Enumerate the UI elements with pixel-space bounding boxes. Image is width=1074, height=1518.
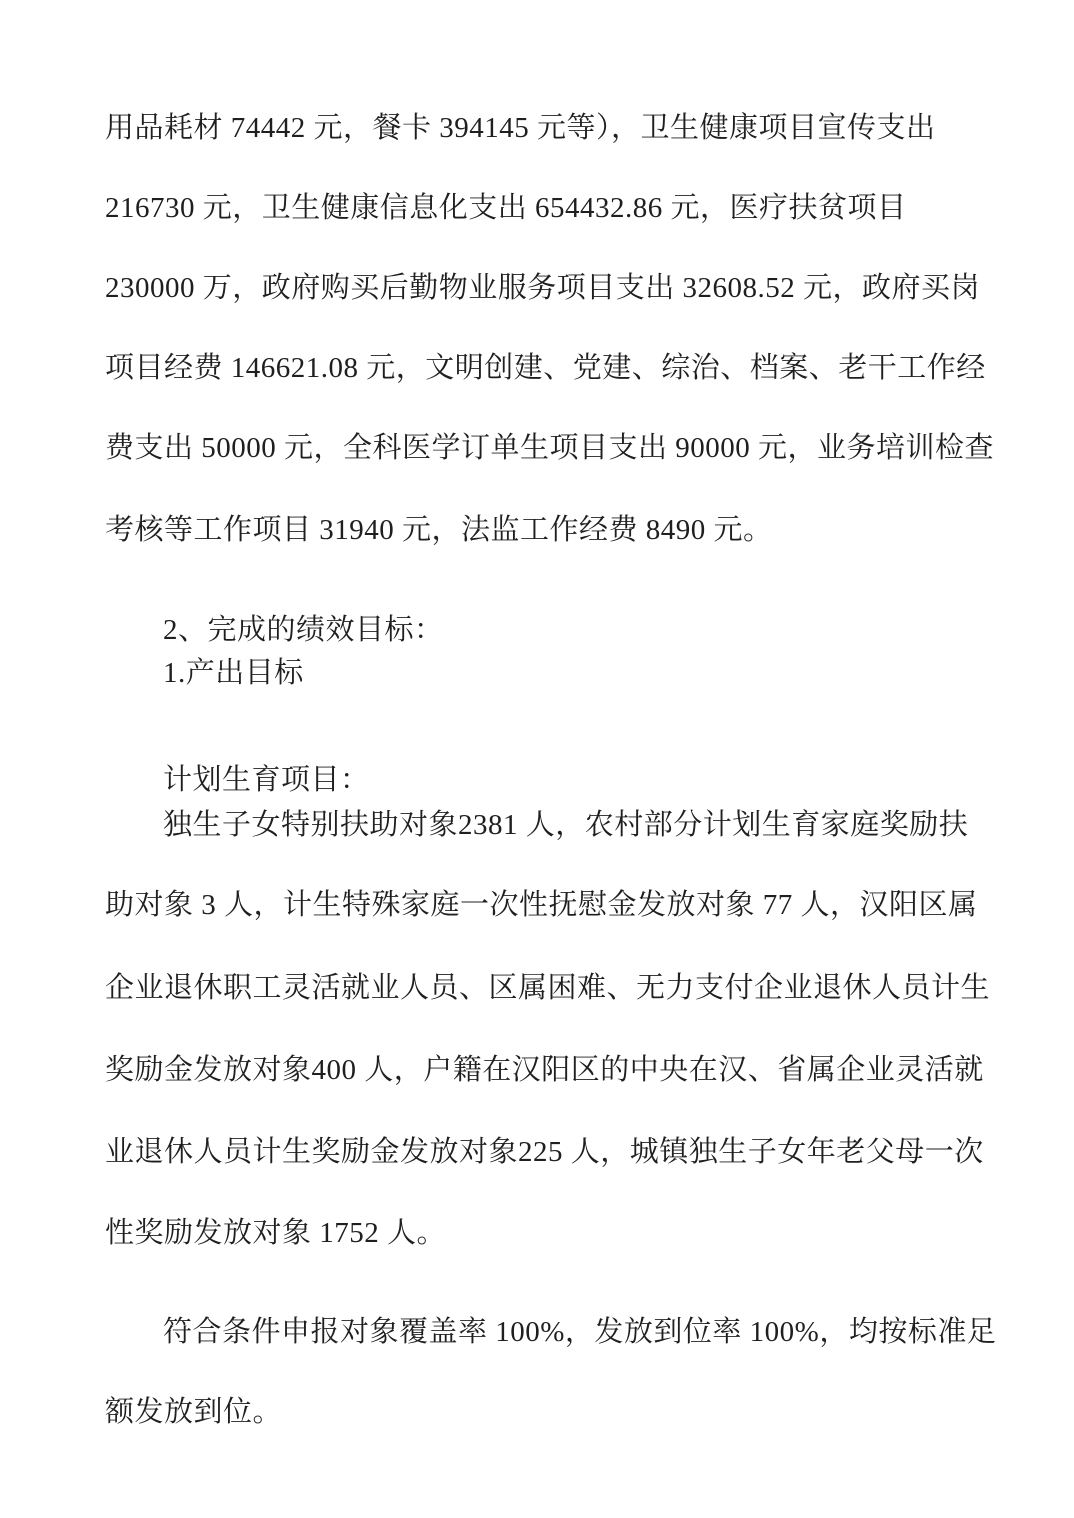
doc-line-family-planning-5: 业退休人员计生奖励金发放对象225 人，城镇独生子女年老父母一次 [105, 1137, 970, 1167]
doc-line-coverage-1: 符合条件申报对象覆盖率 100%，发放到位率 100%，均按标准足 [105, 1317, 970, 1347]
doc-line-expenditure-2: 216730 元，卫生健康信息化支出 654432.86 元，医疗扶贫项目 [105, 193, 970, 223]
paragraph-coverage: 符合条件申报对象覆盖率 100%，发放到位率 100%，均按标准足 额发放到位。 [105, 1317, 970, 1427]
heading-performance-goals: 2、完成的绩效目标： [105, 615, 970, 645]
doc-line-expenditure-3: 230000 万，政府购买后勤物业服务项目支出 32608.52 元，政府买岗 [105, 273, 970, 303]
doc-line-expenditure-6: 考核等工作项目 31940 元，法监工作经费 8490 元。 [105, 515, 970, 545]
doc-line-coverage-2: 额发放到位。 [105, 1397, 970, 1427]
doc-line-expenditure-4: 项目经费 146621.08 元，文明创建、党建、综治、档案、老干工作经 [105, 353, 970, 383]
doc-line-family-planning-2: 助对象 3 人，计生特殊家庭一次性抚慰金发放对象 77 人，汉阳区属 [105, 890, 970, 920]
document-page: 用品耗材 74442 元，餐卡 394145 元等），卫生健康项目宣传支出 21… [0, 0, 1074, 1518]
doc-line-expenditure-1: 用品耗材 74442 元，餐卡 394145 元等），卫生健康项目宣传支出 [105, 113, 970, 143]
heading-output-goals: 1.产出目标 [105, 658, 970, 688]
paragraph-family-planning: 独生子女特别扶助对象2381 人，农村部分计划生育家庭奖励扶 助对象 3 人，计… [105, 810, 970, 1248]
paragraph-expenditure: 用品耗材 74442 元，餐卡 394145 元等），卫生健康项目宣传支出 21… [105, 113, 970, 545]
doc-line-family-planning-6: 性奖励发放对象 1752 人。 [105, 1218, 970, 1248]
doc-line-family-planning-1: 独生子女特别扶助对象2381 人，农村部分计划生育家庭奖励扶 [105, 810, 970, 840]
heading-family-planning-program: 计划生育项目： [105, 765, 970, 795]
doc-line-expenditure-5: 费支出 50000 元，全科医学订单生项目支出 90000 元，业务培训检查 [105, 433, 970, 463]
doc-line-family-planning-3: 企业退休职工灵活就业人员、区属困难、无力支付企业退休人员计生 [105, 973, 970, 1003]
doc-line-family-planning-4: 奖励金发放对象400 人，户籍在汉阳区的中央在汉、省属企业灵活就 [105, 1055, 970, 1085]
